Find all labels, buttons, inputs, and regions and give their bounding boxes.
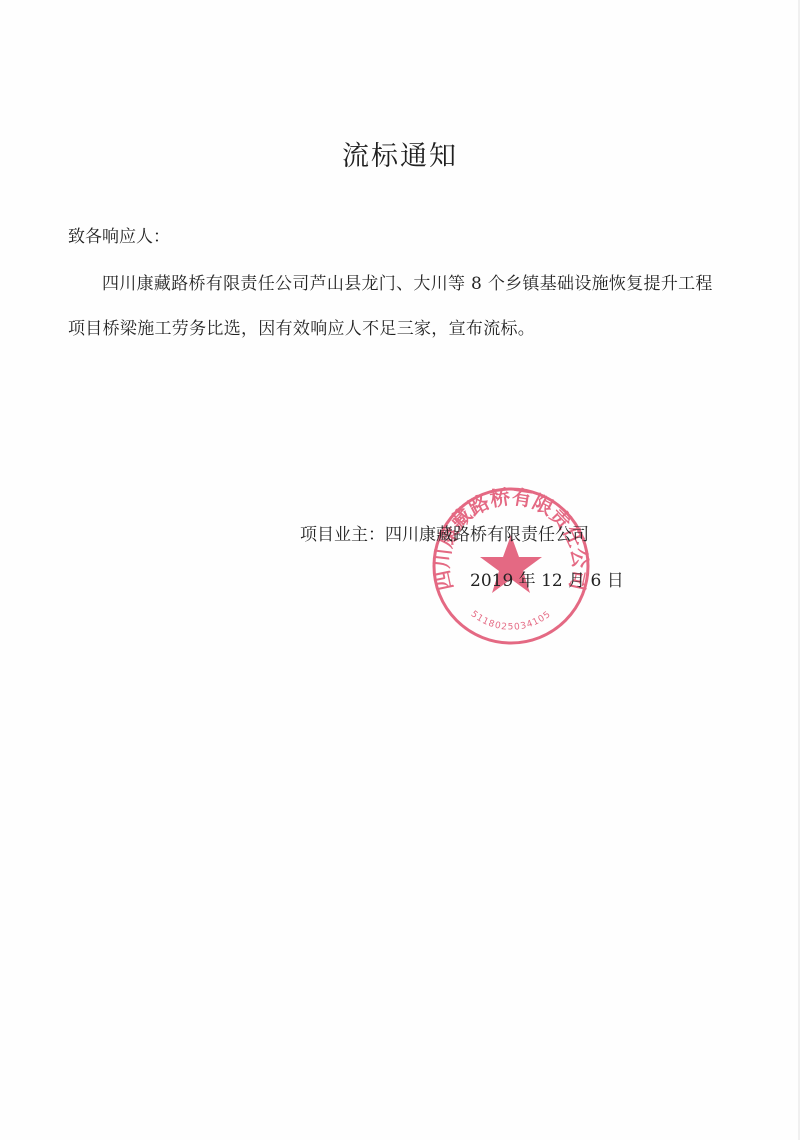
- stamp-serial: 5118025034105: [469, 609, 554, 632]
- salutation: 致各响应人：: [68, 222, 170, 247]
- document-title: 流标通知: [0, 134, 800, 173]
- date-line: 2019 年 12 月 6 日: [470, 566, 624, 591]
- document-page: 流标通知 致各响应人： 四川康藏路桥有限责任公司芦山县龙门、大川等 8 个乡镇基…: [0, 0, 800, 1140]
- svg-text:5118025034105: 5118025034105: [469, 609, 554, 632]
- owner-line: 项目业主：四川康藏路桥有限责任公司: [300, 520, 589, 545]
- body-paragraph: 四川康藏路桥有限责任公司芦山县龙门、大川等 8 个乡镇基础设施恢复提升工程项目桥…: [68, 262, 728, 352]
